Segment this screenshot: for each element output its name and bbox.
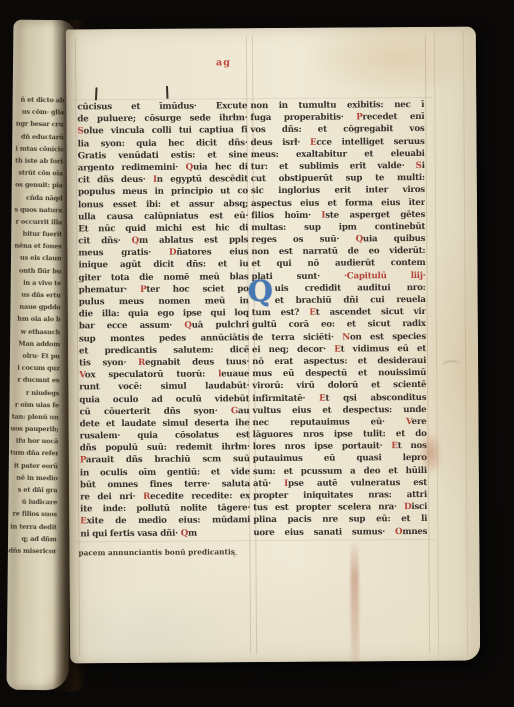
text-segment: non in tumultu exibitis: nec ī [250, 100, 424, 111]
text-segment: lores nros ipse portauit· [253, 441, 392, 452]
text-segment: uā pulchri [192, 321, 249, 331]
text-segment: populus meus in principio ut co [78, 186, 248, 197]
text-segment: uia quibus [363, 234, 425, 244]
insertion-mark: + [230, 550, 238, 560]
text-segment: Et nūc quid michi est hic di [78, 223, 248, 234]
text-line: inique agūt dicit dñs: et iu [78, 259, 248, 272]
text-segment: lāguores nros ipse tulit: et do [253, 429, 427, 440]
text-segment: propter iniquitates nras: attri [253, 490, 427, 501]
text-segment: ste asperget gētes [325, 210, 425, 221]
text-segment: cce intelliget seruus [316, 136, 424, 147]
text-line: meus: exaltabitur et eleuabi [251, 148, 425, 161]
facing-text-line: it pater eorū [10, 459, 58, 472]
text-segment: t vidimus eū et [341, 344, 427, 355]
text-segment: ulla causa calūpniatus est eū· [78, 211, 248, 222]
text-segment: virorū: virū dolorū et scientē [252, 380, 426, 391]
text-segment: lonus esset ibi: et assur absq; [78, 199, 248, 210]
text-segment: de terra siciēti· [252, 332, 342, 343]
text-segment: argento redimemini· [78, 163, 186, 174]
text-segment: on est species [350, 331, 426, 342]
text-line: virorū: virū dolorū et scientē [252, 379, 426, 392]
text-segment: ñatores eius [176, 247, 248, 258]
text-segment: re dei nri· [80, 492, 143, 502]
text-line: runt vocē: simul laudabūt· [79, 380, 249, 393]
text-segment: infirmitatē· [252, 393, 319, 403]
facing-text-line: in terra dedit [9, 520, 57, 533]
text-line: et qui nō audierūt contem [251, 257, 425, 270]
text-segment: et brachiū dñi cui reuela [275, 295, 426, 306]
parchment-crease [463, 31, 468, 655]
text-line: vos dñs: et cōgregabit vos [250, 123, 424, 136]
facing-text-line: re filios suos [9, 508, 57, 521]
text-segment: nec reputauimus eū· [253, 417, 406, 428]
text-segment: non est narratū de eo viderūt: [251, 246, 425, 257]
rubricated-text: O [395, 527, 402, 537]
text-segment: atū· [253, 479, 284, 489]
text-segment: fuga properabitis· [250, 113, 356, 124]
text-segment: die illa: quia ego ipse qui loq [79, 308, 249, 319]
text-segment: m ablatus est ppls [139, 235, 248, 246]
text-line: Gratis venūdati estis: et sine [78, 149, 248, 162]
text-segment: giter tota die nomē meū blas [78, 272, 248, 283]
text-segment: ei neq; decor· [252, 344, 334, 355]
rubricated-text: G [231, 406, 238, 416]
manuscript-page: ag cūcisus et īmūdus· Excutede puluere; … [66, 27, 480, 664]
text-line: Solue vincula colli tui captiua fi [77, 125, 247, 138]
text-segment: quia oculo ad oculū videbūt [79, 394, 249, 405]
text-line: bar ecce assum· Quā pulchri [79, 320, 249, 333]
text-segment: putauimus eū quasi lepro [253, 453, 427, 464]
text-segment: mnes [402, 526, 427, 536]
text-segment: n egyptū descēdit [157, 174, 248, 185]
text-column-left: cūcisus et īmūdus· Excutede puluere; cōs… [77, 100, 250, 540]
text-line: aspectus eius et forma eius īter [251, 196, 425, 209]
text-segment: pulus meus nomen meū in [79, 296, 249, 307]
parchment-crease [434, 31, 439, 655]
text-segment: vultus eius et despectus: unde [252, 405, 426, 416]
text-line: lonus esset ibi: et assur absq; [78, 198, 248, 211]
text-segment: in oculis oīm gentiū: et vide [80, 467, 250, 478]
text-segment: inique agūt dicit dñs: et iu [78, 260, 248, 271]
text-segment: isci [411, 502, 427, 512]
text-segment: lia syon: quia hec dicit dñs· [78, 138, 248, 149]
marginal-correction-note: pacem annunciantis bonū predicantis [78, 547, 253, 557]
text-segment: et predicantis salutem: dicē [79, 345, 249, 356]
text-segment: sup montes pedes annūciātis [79, 333, 249, 344]
ascender-flourish [166, 86, 168, 99]
text-line: plati sunt· ·Capitulū liij· [251, 270, 425, 283]
text-segment: euaue [221, 369, 249, 379]
folio-mark: ag [216, 57, 231, 68]
text-line: putauimus eū quasi lepro [253, 452, 427, 465]
rubricated-text: Q [181, 528, 188, 538]
text-segment: ter hoc sciet po [146, 284, 248, 295]
text-segment: pse autē vulneratus est [288, 478, 427, 489]
text-segment: uis credidit auditui nro: [275, 283, 426, 294]
text-segment: multas: sup ipm continebūt [251, 222, 425, 233]
text-segment: egnabit deus tuus· [145, 357, 249, 368]
text-segment: olue vincula colli tui captiua fi [84, 126, 248, 137]
text-line: plina pacis nre sup eū: et li [253, 513, 427, 526]
text-line: sic inglorius erit inter viros [251, 184, 425, 197]
text-segment: ecedite recedite: ex [150, 491, 250, 502]
erased-marginalia [442, 360, 461, 369]
text-segment: tum est? [252, 308, 310, 318]
text-line: quia oculo ad oculū videbūt [79, 393, 249, 406]
text-line: uore eius sanati sumus· Omnes [253, 525, 427, 538]
rubricated-text: ·Capitulū liij· [344, 271, 426, 282]
manuscript-photo: ñ et dicto abus cōm· gliangr besar crurd… [0, 0, 514, 707]
text-line: de terra siciēti· Non est species [252, 330, 426, 343]
text-segment: vos dñs: et cōgregabit vos [250, 124, 424, 135]
text-segment: plina pacis nre sup eū: et li [253, 514, 427, 525]
text-segment: m [188, 528, 197, 538]
text-segment: arauit dñs brachiū scm suū [86, 455, 250, 466]
facing-text-line: ū iudicare [9, 496, 57, 509]
text-segment: cū cōuerterit dñs syon· [79, 406, 230, 417]
text-column-right: non in tumultu exibitis: nec īfuga prope… [250, 99, 427, 539]
text-segment: ni qui fertis vasa dñi· [80, 528, 180, 539]
rubricated-text: Q [132, 236, 139, 246]
text-segment: gultū corā eo: et sicut radix [252, 319, 426, 330]
text-segment: t qsi absconditus [326, 392, 427, 403]
text-line: cū cōuerterit dñs syon· Gau [79, 405, 249, 418]
text-segment: cūcisus et īmūdus· Excute [77, 101, 247, 112]
text-segment: meus: exaltabitur et eleuabi [251, 149, 425, 160]
facing-text-line: q; ad dñm [8, 532, 56, 545]
text-segment: mus eū despectū et nouissimū [252, 368, 426, 379]
text-segment: uia hec di [193, 162, 248, 172]
text-segment: cut obstipuerūt sup te multi: [251, 173, 425, 184]
rubricated-text: Q [184, 321, 191, 331]
text-line: cūcisus et īmūdus· Excute [77, 100, 247, 113]
text-segment: tis syon· [79, 358, 138, 368]
text-line: ni qui fertis vasa dñi· Qm [80, 527, 250, 540]
rubricated-text: R [138, 358, 145, 368]
text-line: ei neq; decor· Et vidimus eū et [252, 343, 426, 356]
text-segment: uore eius sanati sumus· [253, 527, 395, 538]
text-line: et predicantis salutem: dicē [79, 344, 249, 357]
text-line: Parauit dñs brachiū scm suū [80, 454, 250, 467]
text-segment: Gratis venūdati estis: et sine [78, 150, 248, 161]
text-segment: recedet enī [362, 112, 424, 122]
text-line: sum: et pcussum a deo et hūili [253, 465, 427, 478]
text-segment: phematur· [79, 285, 141, 295]
text-line: deus isrł· Ecce intelliget seruus [251, 135, 425, 148]
parchment-stain [350, 539, 359, 665]
parchment-stain [419, 431, 443, 475]
text-line: populus meus in principio ut co [78, 185, 248, 198]
text-segment: aspectus eius et forma eius īter [251, 197, 425, 208]
text-line: de puluere; cōsurge sede ihrłm· [77, 112, 247, 125]
text-line: filios hoīm· Iste asperget gētes [251, 209, 425, 222]
illuminated-initial-q: Q [248, 278, 272, 305]
text-segment: sic inglorius erit inter viros [251, 185, 425, 196]
facing-text-line: s et dñi gra [9, 484, 57, 497]
text-segment: au [238, 406, 250, 416]
text-segment: dñs populū suū: redemit ihrłm· [80, 442, 250, 453]
text-segment: ox speculatorū tuorū: [85, 370, 218, 381]
text-line: gultū corā eo: et sicut radix [252, 318, 426, 331]
text-segment: tur: et sublimis erit valde· [251, 161, 416, 172]
text-segment: reges os suū· [251, 234, 355, 245]
text-segment: cit dñs deus· [78, 175, 153, 186]
facing-text-line: dñs misericors [8, 544, 56, 557]
text-segment: deus isrł· [251, 137, 310, 147]
text-segment: nō erat aspectus: et desideraui [252, 356, 426, 367]
facing-text-line: nē in medio [10, 471, 58, 484]
text-segment: de puluere; cōsurge sede ihrłm· [77, 113, 247, 124]
text-segment: et qui nō audierūt contem [251, 258, 425, 269]
text-segment: tus est propter scelera nra· [253, 502, 404, 513]
text-line: vultus eius et despectus: unde [252, 404, 426, 417]
text-line: infirmitatē· Et qsi absconditus [252, 391, 426, 404]
text-segment: runt vocē: simul laudabūt· [79, 381, 249, 392]
text-segment: cit dñs· [78, 236, 131, 246]
text-line: sup montes pedes annūciātis [79, 332, 249, 345]
text-segment: t ascendet sicut vir [316, 307, 426, 318]
text-line: lia syon: quia hec dicit dñs· [78, 137, 248, 150]
text-segment: ere [412, 417, 427, 427]
text-segment: xite de medio eius: mūdami [87, 516, 251, 527]
text-segment: meus gratis· [78, 248, 169, 259]
rubricated-text: N [342, 332, 350, 342]
text-segment: rusalem· quia cōsolatus est [80, 430, 250, 441]
text-segment: sum: et pcussum a deo et hūili [253, 466, 427, 477]
text-segment: ite inde: pollutū nolite tāgere· [80, 503, 250, 514]
rubricated-text: Q [356, 234, 363, 244]
text-segment: bar ecce assum· [79, 321, 185, 332]
rubricated-text: D [169, 248, 176, 258]
text-segment: i [422, 161, 425, 171]
text-segment: dete et laudate simul deserta ihe [80, 418, 250, 429]
facing-text-line: tum dña refert [10, 447, 58, 460]
text-line: ulla causa calūpniatus est eū· [78, 210, 248, 223]
text-line: Exite de medio eius: mūdami [80, 515, 250, 528]
text-line: in oculis oīm gentiū: et vide [80, 466, 250, 479]
text-segment: filios hoīm· [251, 210, 321, 220]
text-segment: būt omnes fines terre· saluta [80, 479, 250, 490]
text-line: giter tota die nomē meū blas [78, 271, 248, 284]
